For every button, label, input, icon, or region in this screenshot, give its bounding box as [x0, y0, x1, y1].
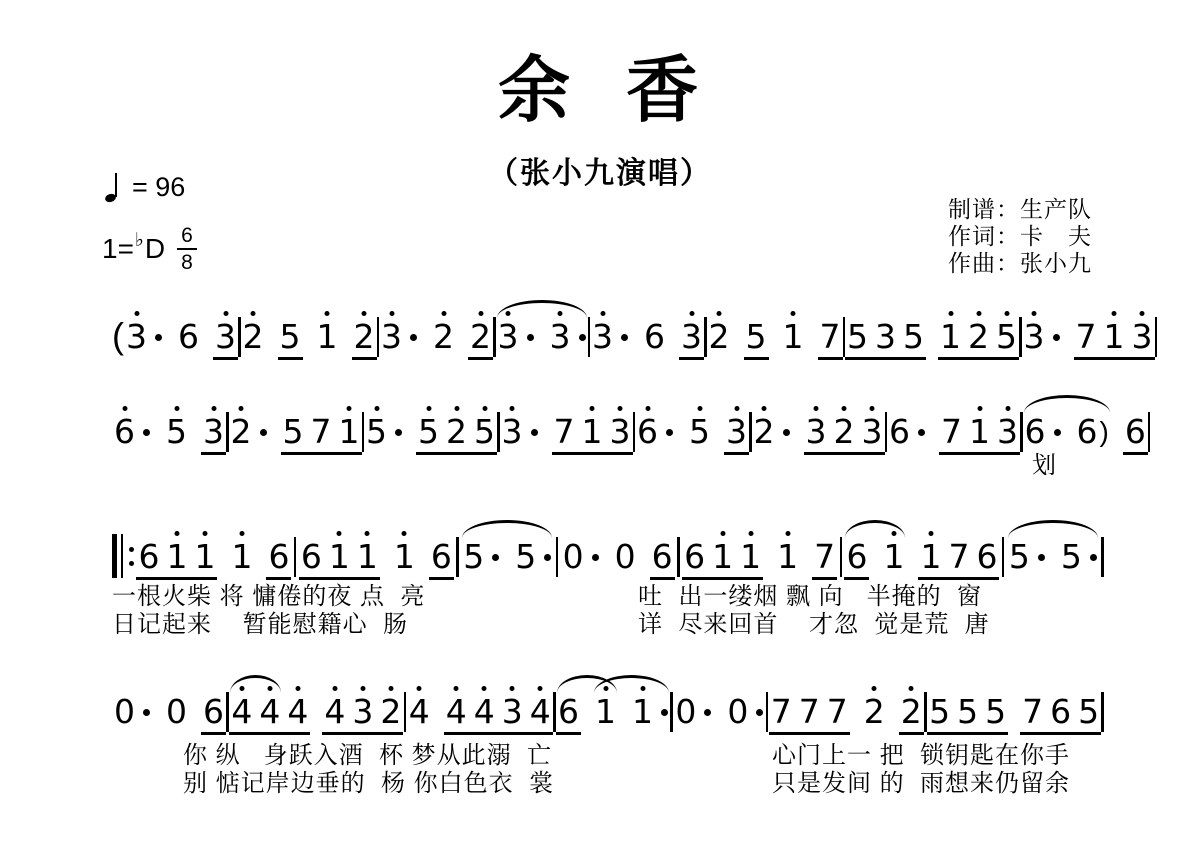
- note-group: 1: [781, 320, 806, 360]
- note: 1: [339, 415, 360, 449]
- duration-dot-icon: [260, 429, 267, 436]
- note-group: 3: [1022, 320, 1062, 360]
- lyric-row: 一根火柴 将 慵倦的夜 点 亮: [112, 583, 425, 611]
- octave-dot-icon: [842, 406, 847, 411]
- measure: 535125: [845, 300, 1019, 360]
- note-digit: 6: [846, 540, 867, 574]
- note: 2: [709, 320, 730, 354]
- beamed-note-group: 2: [468, 320, 493, 360]
- note-digit: 1: [632, 695, 653, 729]
- octave-dot-icon: [734, 406, 739, 411]
- beamed-note-group: 5: [278, 320, 303, 360]
- octave-dot-icon: [1032, 311, 1037, 316]
- octave-dot-icon: [600, 311, 605, 316]
- note: 1: [783, 320, 804, 354]
- duration-dot-icon: [621, 334, 628, 341]
- repeat-thin-bar: [121, 534, 123, 578]
- lyric-row: 详 尽来回首 才忽 觉是荒 唐: [638, 611, 990, 639]
- octave-dot-icon: [389, 311, 394, 316]
- octave-dot-icon: [388, 686, 393, 691]
- barline: [1002, 537, 1005, 577]
- octave-dot-icon: [689, 311, 694, 316]
- note-digit: 3: [592, 320, 613, 354]
- octave-dot-icon: [977, 406, 982, 411]
- repeat-thick-bar: [112, 534, 117, 578]
- lyric-row: 你 纵 身跃入酒 杯 梦从此溺 亡: [183, 742, 554, 770]
- measure: 363: [124, 300, 238, 360]
- note-digit: 4: [231, 695, 252, 729]
- slur-arc: [1024, 395, 1110, 413]
- note-group: 6): [1075, 415, 1111, 455]
- note-digit: 3: [203, 415, 224, 449]
- slur-arc: [1008, 520, 1098, 538]
- slur-arc: [845, 520, 905, 538]
- measure: 66)6: [1023, 395, 1148, 455]
- note: 5: [280, 320, 301, 354]
- measure: 44434: [407, 675, 553, 735]
- note-digit: 7: [1022, 695, 1043, 729]
- note-digit: 6: [1025, 415, 1046, 449]
- note: 3: [502, 415, 538, 449]
- note-group: 3: [548, 320, 588, 360]
- note: 1: [595, 695, 616, 729]
- note-digit: 6: [138, 540, 159, 574]
- octave-dot-icon: [360, 686, 365, 691]
- note: 4: [231, 695, 252, 729]
- note-digit: 5: [929, 695, 950, 729]
- octave-dot-icon: [948, 311, 953, 316]
- meter-denominator: 8: [181, 250, 193, 274]
- note: 6): [1077, 415, 1109, 449]
- note: 4: [530, 695, 551, 729]
- octave-dot-icon: [295, 686, 300, 691]
- note-digit: 4: [409, 695, 430, 729]
- time-signature: 6 8: [177, 224, 197, 274]
- note-digit: 1: [777, 540, 798, 574]
- measure: 55: [1007, 520, 1099, 580]
- barline: [556, 537, 559, 577]
- note-digit: 7: [771, 695, 792, 729]
- note-group: 0: [673, 695, 713, 735]
- measure: 363: [590, 300, 704, 360]
- note: 2: [864, 695, 885, 729]
- octave-dot-icon: [417, 686, 422, 691]
- measure: 55: [461, 520, 553, 580]
- note-group: 6: [1023, 415, 1063, 455]
- octave-dot-icon: [1005, 406, 1010, 411]
- note-group: 2: [707, 320, 732, 360]
- beamed-note-group: 176: [918, 540, 999, 580]
- octave-dot-icon: [325, 311, 330, 316]
- note: 1: [166, 540, 187, 574]
- note-digit: 3: [550, 320, 571, 354]
- note-digit: 1: [166, 540, 187, 574]
- note: 7: [311, 415, 332, 449]
- note-group: 1: [593, 695, 618, 735]
- duration-dot-icon: [1090, 554, 1097, 561]
- note-digit: 0: [563, 540, 584, 574]
- note-digit: 4: [324, 695, 345, 729]
- duration-dot-icon: [1053, 334, 1060, 341]
- measure: 322: [379, 300, 493, 360]
- octave-dot-icon: [239, 531, 244, 536]
- beamed-note-group: 713: [1074, 320, 1155, 360]
- octave-dot-icon: [590, 406, 595, 411]
- note-group: 2: [862, 695, 887, 735]
- beamed-note-group: 3: [724, 415, 749, 455]
- note-digit: 5: [903, 320, 924, 354]
- lyrics-block: 一根火柴 将 慵倦的夜 点 亮日记起来 暂能慰籍心 肠: [112, 583, 425, 639]
- note-digit: 6: [203, 695, 224, 729]
- note-digit: 3: [126, 320, 147, 354]
- slur-arc: [497, 300, 587, 318]
- octave-dot-icon: [538, 686, 543, 691]
- note-digit: 3: [875, 320, 896, 354]
- note-digit: 5: [418, 415, 439, 449]
- note-digit: 2: [354, 320, 375, 354]
- beamed-note-group: 611: [299, 540, 380, 580]
- octave-dot-icon: [618, 406, 623, 411]
- measure: 006: [112, 675, 226, 735]
- octave-dot-icon: [976, 311, 981, 316]
- note-digit: 4: [259, 695, 280, 729]
- note-digit: 1: [231, 540, 252, 574]
- note: 1: [883, 540, 904, 574]
- note-group: 0: [725, 695, 765, 735]
- note-digit: 1: [329, 540, 350, 574]
- flat-icon: ♭: [135, 229, 144, 252]
- note-digit: 6: [431, 540, 452, 574]
- note-digit: 7: [941, 415, 962, 449]
- beamed-note-group: 6: [650, 540, 675, 580]
- octave-dot-icon: [645, 406, 650, 411]
- note: 6: [114, 415, 150, 449]
- note: 4: [474, 695, 495, 729]
- note: 5: [474, 415, 495, 449]
- beamed-note-group: 7: [818, 320, 843, 360]
- note: 4: [259, 695, 280, 729]
- note: 6: [846, 540, 867, 574]
- octave-dot-icon: [347, 406, 352, 411]
- note-digit: 7: [820, 320, 841, 354]
- note-group: 1: [315, 320, 340, 360]
- note: 2: [354, 320, 375, 354]
- measure: 653: [635, 395, 749, 455]
- song-title: 余 香: [0, 52, 1200, 131]
- note-digit: 5: [515, 540, 536, 574]
- sheet-music-page: 余 香 （张小九演唱） = 96 1=♭D 6 8 制谱：生产队 作词：卡 夫 …: [0, 0, 1200, 850]
- note-digit: 6: [178, 320, 199, 354]
- note-digit: 0: [166, 695, 187, 729]
- note-digit: 2: [834, 415, 855, 449]
- note-digit: 1: [595, 695, 616, 729]
- note: 4: [287, 695, 308, 729]
- octave-dot-icon: [870, 406, 875, 411]
- octave-dot-icon: [909, 686, 914, 691]
- lyrics-block: 你 纵 身跃入酒 杯 梦从此溺 亡别 惦记岸边垂的 杨 你白色衣 裳: [183, 742, 554, 798]
- octave-dot-icon: [251, 311, 256, 316]
- octave-dot-icon: [762, 406, 767, 411]
- slur-arc: [462, 520, 552, 538]
- note-digit: 5: [366, 415, 387, 449]
- note-group: 0: [112, 695, 152, 735]
- beamed-note-group: 125: [938, 320, 1019, 360]
- duration-dot-icon: [666, 429, 673, 436]
- note-digit: 0: [615, 540, 636, 574]
- barline: [1155, 317, 1158, 357]
- note-digit: 5: [463, 540, 484, 574]
- note: 1: [582, 415, 603, 449]
- duration-dot-icon: [155, 334, 162, 341]
- note: 5: [463, 540, 499, 574]
- octave-dot-icon: [872, 686, 877, 691]
- note-digit: 6: [644, 320, 665, 354]
- barline: [456, 537, 459, 577]
- beamed-note-group: 555: [927, 695, 1008, 735]
- duration-dot-icon: [592, 554, 599, 561]
- lyric-row: 吐 出一缕烟 飘 向 半掩的 窗: [638, 583, 990, 611]
- note: 3: [997, 415, 1018, 449]
- barline: [1101, 537, 1104, 577]
- note-digit: 1: [740, 540, 761, 574]
- beamed-note-group: 7: [812, 540, 837, 580]
- duration-dot-icon: [1054, 429, 1061, 436]
- note-digit: 1: [969, 415, 990, 449]
- measure: 33: [496, 300, 588, 360]
- beamed-note-group: 535: [845, 320, 926, 360]
- duration-dot-icon: [143, 429, 150, 436]
- measure: 611: [556, 675, 670, 735]
- note-group: 3: [124, 320, 164, 360]
- note-digit: 5: [957, 695, 978, 729]
- barline: [677, 537, 680, 577]
- note: 3: [875, 320, 896, 354]
- note: 2: [470, 320, 491, 354]
- octave-dot-icon: [441, 311, 446, 316]
- note-digit: 6: [1125, 415, 1146, 449]
- beamed-note-group: 6: [266, 540, 291, 580]
- note: 5: [283, 415, 304, 449]
- note: 3: [203, 415, 224, 449]
- note-digit: 1: [883, 540, 904, 574]
- measure: 555765: [927, 675, 1101, 735]
- score-line-4: 006444432444346110077722555765: [112, 675, 1104, 735]
- barline: [840, 537, 843, 577]
- measure: 61176: [844, 520, 999, 580]
- lyric-row: 只是发间 的 雨想来仍留余: [772, 770, 1070, 798]
- note-group: 0: [613, 540, 638, 580]
- meter-numerator: 6: [177, 224, 197, 250]
- note: 4: [409, 695, 430, 729]
- note: 2: [754, 415, 790, 449]
- note-digit: 5: [847, 320, 868, 354]
- note-digit: 6: [558, 695, 579, 729]
- measure: 3713: [500, 395, 633, 455]
- duration-dot-icon: [756, 709, 763, 716]
- note: 1: [969, 415, 990, 449]
- note: 7: [814, 540, 835, 574]
- note-digit: 7: [827, 695, 848, 729]
- note: 3: [592, 320, 628, 354]
- note: 1: [940, 320, 961, 354]
- note: 2: [433, 320, 454, 354]
- note: 3: [1132, 320, 1153, 354]
- key-tonic: D: [145, 233, 165, 265]
- note: 5: [746, 320, 767, 354]
- beamed-note-group: 6: [1123, 415, 1148, 455]
- note-group: 5: [1059, 540, 1099, 580]
- measure: 00: [673, 675, 765, 735]
- note-digit: 3: [610, 415, 631, 449]
- octave-dot-icon: [223, 311, 228, 316]
- note: 1: [777, 540, 798, 574]
- note: 1: [920, 540, 941, 574]
- note: 5: [929, 695, 950, 729]
- note-digit: 1: [712, 540, 733, 574]
- close-paren: ): [1100, 415, 1109, 449]
- note: 6: [138, 540, 159, 574]
- note-digit: 2: [470, 320, 491, 354]
- repeat-start-sign: [112, 534, 134, 578]
- note: 1: [194, 540, 215, 574]
- note-digit: 5: [689, 415, 710, 449]
- octave-dot-icon: [337, 531, 342, 536]
- slur-arc: [594, 675, 669, 693]
- octave-dot-icon: [122, 406, 127, 411]
- note-digit: 2: [968, 320, 989, 354]
- duration-dot-icon: [143, 709, 150, 716]
- octave-dot-icon: [1140, 311, 1145, 316]
- measure: 61117: [682, 520, 837, 580]
- octave-dot-icon: [332, 686, 337, 691]
- beamed-note-group: 713: [939, 415, 1020, 455]
- note: 3: [352, 695, 373, 729]
- note: 1: [231, 540, 252, 574]
- octave-dot-icon: [211, 406, 216, 411]
- note: 1: [357, 540, 378, 574]
- note: 2: [380, 695, 401, 729]
- score-line-3: 611166111655006611176117655: [112, 520, 1104, 580]
- note: 5: [903, 320, 924, 354]
- note: 7: [799, 695, 820, 729]
- note: 5: [1009, 540, 1045, 574]
- note-digit: 0: [727, 695, 748, 729]
- measure: 61116: [136, 520, 291, 580]
- octave-dot-icon: [202, 531, 207, 536]
- note-digit: 4: [530, 695, 551, 729]
- note: 3: [726, 415, 747, 449]
- note: 5: [985, 695, 1006, 729]
- beamed-note-group: 6: [844, 540, 869, 580]
- note: 5: [418, 415, 439, 449]
- note-group: 2: [229, 415, 269, 455]
- credit-lyricist: 作词：卡 夫: [948, 223, 1092, 250]
- note: 3: [550, 320, 586, 354]
- note-group: 2: [241, 320, 266, 360]
- measure: 2571: [229, 395, 362, 455]
- note: 1: [329, 540, 350, 574]
- note: 6: [1050, 695, 1071, 729]
- open-paren: (: [112, 318, 124, 354]
- note-digit: 5: [166, 415, 187, 449]
- note: 5: [996, 320, 1017, 354]
- note-digit: 5: [280, 320, 301, 354]
- note-digit: 7: [799, 695, 820, 729]
- beamed-note-group: 4434: [444, 695, 553, 735]
- measure: 5525: [364, 395, 497, 455]
- duration-dot-icon: [527, 334, 534, 341]
- note: 6: [268, 540, 289, 574]
- note-digit: 7: [948, 540, 969, 574]
- note-digit: 2: [901, 695, 922, 729]
- note: 0: [615, 540, 636, 574]
- note: 1: [317, 320, 338, 354]
- slur-arc: [230, 675, 281, 693]
- key-prefix: 1=: [102, 233, 134, 265]
- note-digit: 6: [976, 540, 997, 574]
- note-group: 3: [379, 320, 419, 360]
- note-digit: 3: [502, 695, 523, 729]
- beamed-note-group: 6: [429, 540, 454, 580]
- note-group: 6: [887, 415, 927, 455]
- tempo-value: = 96: [132, 172, 185, 203]
- octave-dot-icon: [928, 531, 933, 536]
- note-digit: 1: [357, 540, 378, 574]
- note-digit: 7: [1076, 320, 1097, 354]
- note-digit: 5: [985, 695, 1006, 729]
- beamed-note-group: 444: [229, 695, 310, 735]
- octave-dot-icon: [454, 406, 459, 411]
- octave-dot-icon: [791, 311, 796, 316]
- note-group: 0: [561, 540, 601, 580]
- note: 7: [554, 415, 575, 449]
- note: 0: [675, 695, 711, 729]
- note-digit: 2: [446, 415, 467, 449]
- note: 3: [498, 320, 534, 354]
- note-digit: 4: [474, 695, 495, 729]
- note-digit: 4: [287, 695, 308, 729]
- note: 2: [446, 415, 467, 449]
- note-digit: 6: [114, 415, 135, 449]
- note: 6: [889, 415, 925, 449]
- beamed-note-group: 713: [552, 415, 633, 455]
- note-digit: 1: [194, 540, 215, 574]
- note-digit: 3: [726, 415, 747, 449]
- note: 1: [394, 540, 415, 574]
- credit-arranger: 制谱：生产队: [948, 196, 1092, 223]
- lyrics-block: 心门上一 把 锁钥匙在你手只是发间 的 雨想来仍留余: [772, 742, 1070, 798]
- note: 7: [948, 540, 969, 574]
- note-group: 5: [1007, 540, 1047, 580]
- measure: 2512: [241, 300, 377, 360]
- note: 2: [243, 320, 264, 354]
- note-group: 5: [364, 415, 404, 455]
- octave-dot-icon: [717, 311, 722, 316]
- note: 1: [712, 540, 733, 574]
- duration-dot-icon: [918, 429, 925, 436]
- lyrics-block: 吐 出一缕烟 飘 向 半掩的 窗详 尽来回首 才忽 觉是荒 唐: [638, 583, 990, 639]
- octave-dot-icon: [1004, 311, 1009, 316]
- note: 6: [558, 695, 579, 729]
- octave-dot-icon: [365, 531, 370, 536]
- note-digit: 5: [474, 415, 495, 449]
- measure: 2517: [707, 300, 843, 360]
- octave-dot-icon: [174, 531, 179, 536]
- beamed-note-group: 5: [744, 320, 769, 360]
- octave-dot-icon: [697, 406, 702, 411]
- note-digit: 6: [268, 540, 289, 574]
- note-digit: 1: [1104, 320, 1125, 354]
